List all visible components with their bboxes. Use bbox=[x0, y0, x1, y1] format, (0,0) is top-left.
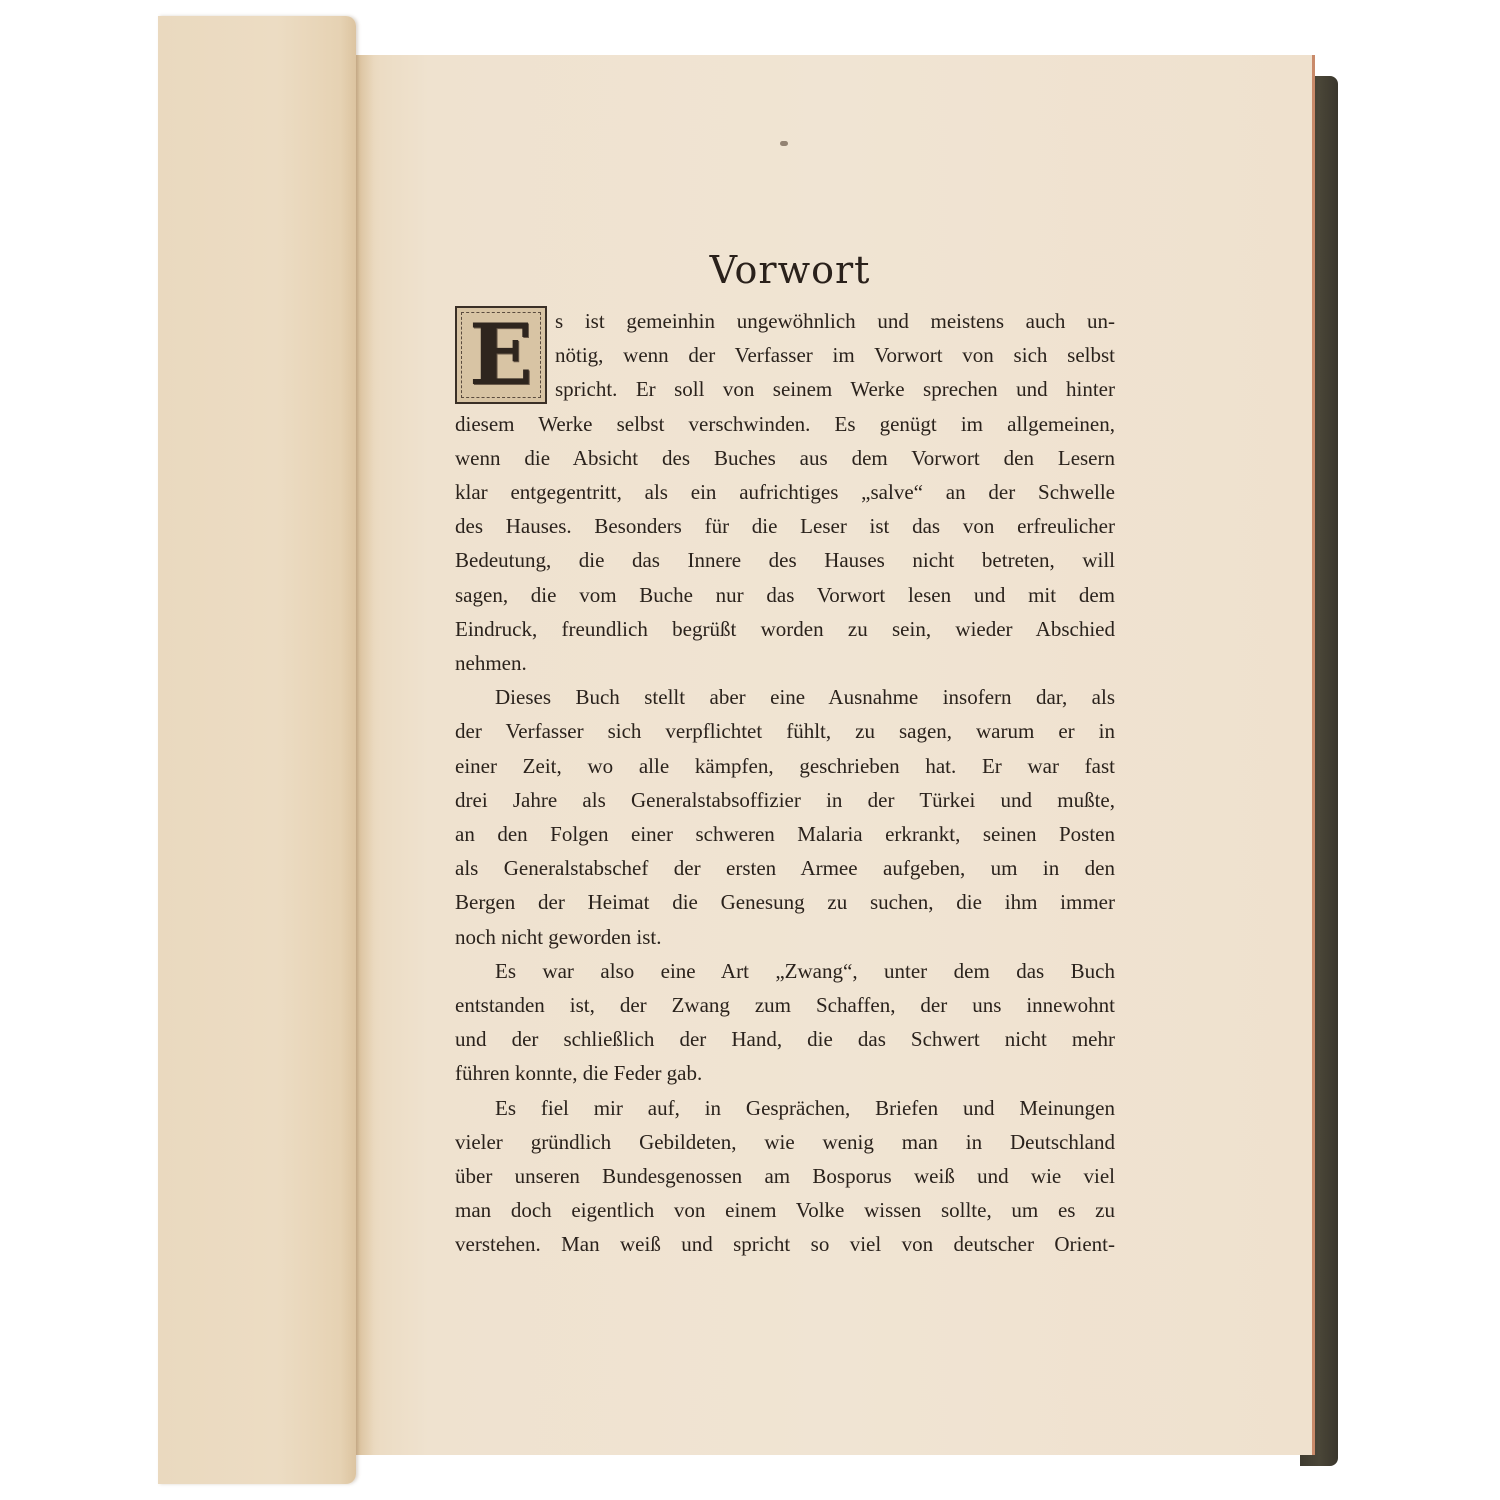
text-line: wenn die Absicht des Buches aus dem Vorw… bbox=[455, 441, 1115, 475]
paragraph-1: E s ist gemeinhin ungewöhnlich und meist… bbox=[455, 304, 1115, 680]
text-line: nötig, wenn der Verfasser im Vorwort von… bbox=[455, 338, 1115, 372]
left-page-flyleaf bbox=[158, 16, 356, 1484]
page-title: Vorwort bbox=[440, 248, 1140, 292]
text-line: nehmen. bbox=[455, 646, 1115, 680]
text-line: s ist gemeinhin ungewöhnlich und meisten… bbox=[455, 304, 1115, 338]
text-line: einer Zeit, wo alle kämpfen, geschrieben… bbox=[455, 749, 1115, 783]
text-line: Bergen der Heimat die Genesung zu suchen… bbox=[455, 885, 1115, 919]
text-line: über unseren Bundesgenossen am Bosporus … bbox=[455, 1159, 1115, 1193]
text-line: der Verfasser sich verpflichtet fühlt, z… bbox=[455, 714, 1115, 748]
text-line: führen konnte, die Feder gab. bbox=[455, 1056, 1115, 1090]
text-line: des Hauses. Besonders für die Leser ist … bbox=[455, 509, 1115, 543]
text-line: diesem Werke selbst verschwinden. Es gen… bbox=[455, 407, 1115, 441]
text-line: Es war also eine Art „Zwang“, unter dem … bbox=[455, 954, 1115, 988]
text-line: als Generalstabschef der ersten Armee au… bbox=[455, 851, 1115, 885]
paper-speck bbox=[780, 141, 788, 146]
open-book: Vorwort E s ist gemeinhin ungewöhnlich u… bbox=[0, 0, 1500, 1500]
paragraph-3: Es war also eine Art „Zwang“, unter dem … bbox=[455, 954, 1115, 1091]
text-line: Eindruck, freundlich begrüßt worden zu s… bbox=[455, 612, 1115, 646]
text-line: drei Jahre als Generalstabsoffizier in d… bbox=[455, 783, 1115, 817]
text-line: spricht. Er soll von seinem Werke sprech… bbox=[455, 372, 1115, 406]
text-line: Dieses Buch stellt aber eine Ausnahme in… bbox=[455, 680, 1115, 714]
text-line: klar entgegentritt, als ein aufrichtiges… bbox=[455, 475, 1115, 509]
text-line: vieler gründlich Gebildeten, wie wenig m… bbox=[455, 1125, 1115, 1159]
text-line: Es fiel mir auf, in Gesprächen, Briefen … bbox=[455, 1091, 1115, 1125]
text-line: sagen, die vom Buche nur das Vorwort les… bbox=[455, 578, 1115, 612]
text-line: und der schließlich der Hand, die das Sc… bbox=[455, 1022, 1115, 1056]
text-line: entstanden ist, der Zwang zum Schaffen, … bbox=[455, 988, 1115, 1022]
text-line: verstehen. Man weiß und spricht so viel … bbox=[455, 1227, 1115, 1261]
paragraph-4: Es fiel mir auf, in Gesprächen, Briefen … bbox=[455, 1091, 1115, 1262]
text-line: noch nicht geworden ist. bbox=[455, 920, 1115, 954]
text-line: an den Folgen einer schweren Malaria erk… bbox=[455, 817, 1115, 851]
foreword-text: E s ist gemeinhin ungewöhnlich und meist… bbox=[455, 304, 1115, 1262]
paragraph-2: Dieses Buch stellt aber eine Ausnahme in… bbox=[455, 680, 1115, 954]
drop-cap-letter: E bbox=[469, 313, 533, 397]
text-line: Bedeutung, die das Innere des Hauses nic… bbox=[455, 543, 1115, 577]
drop-cap-ornament: E bbox=[455, 306, 547, 404]
text-line: man doch eigentlich von einem Volke wiss… bbox=[455, 1193, 1115, 1227]
